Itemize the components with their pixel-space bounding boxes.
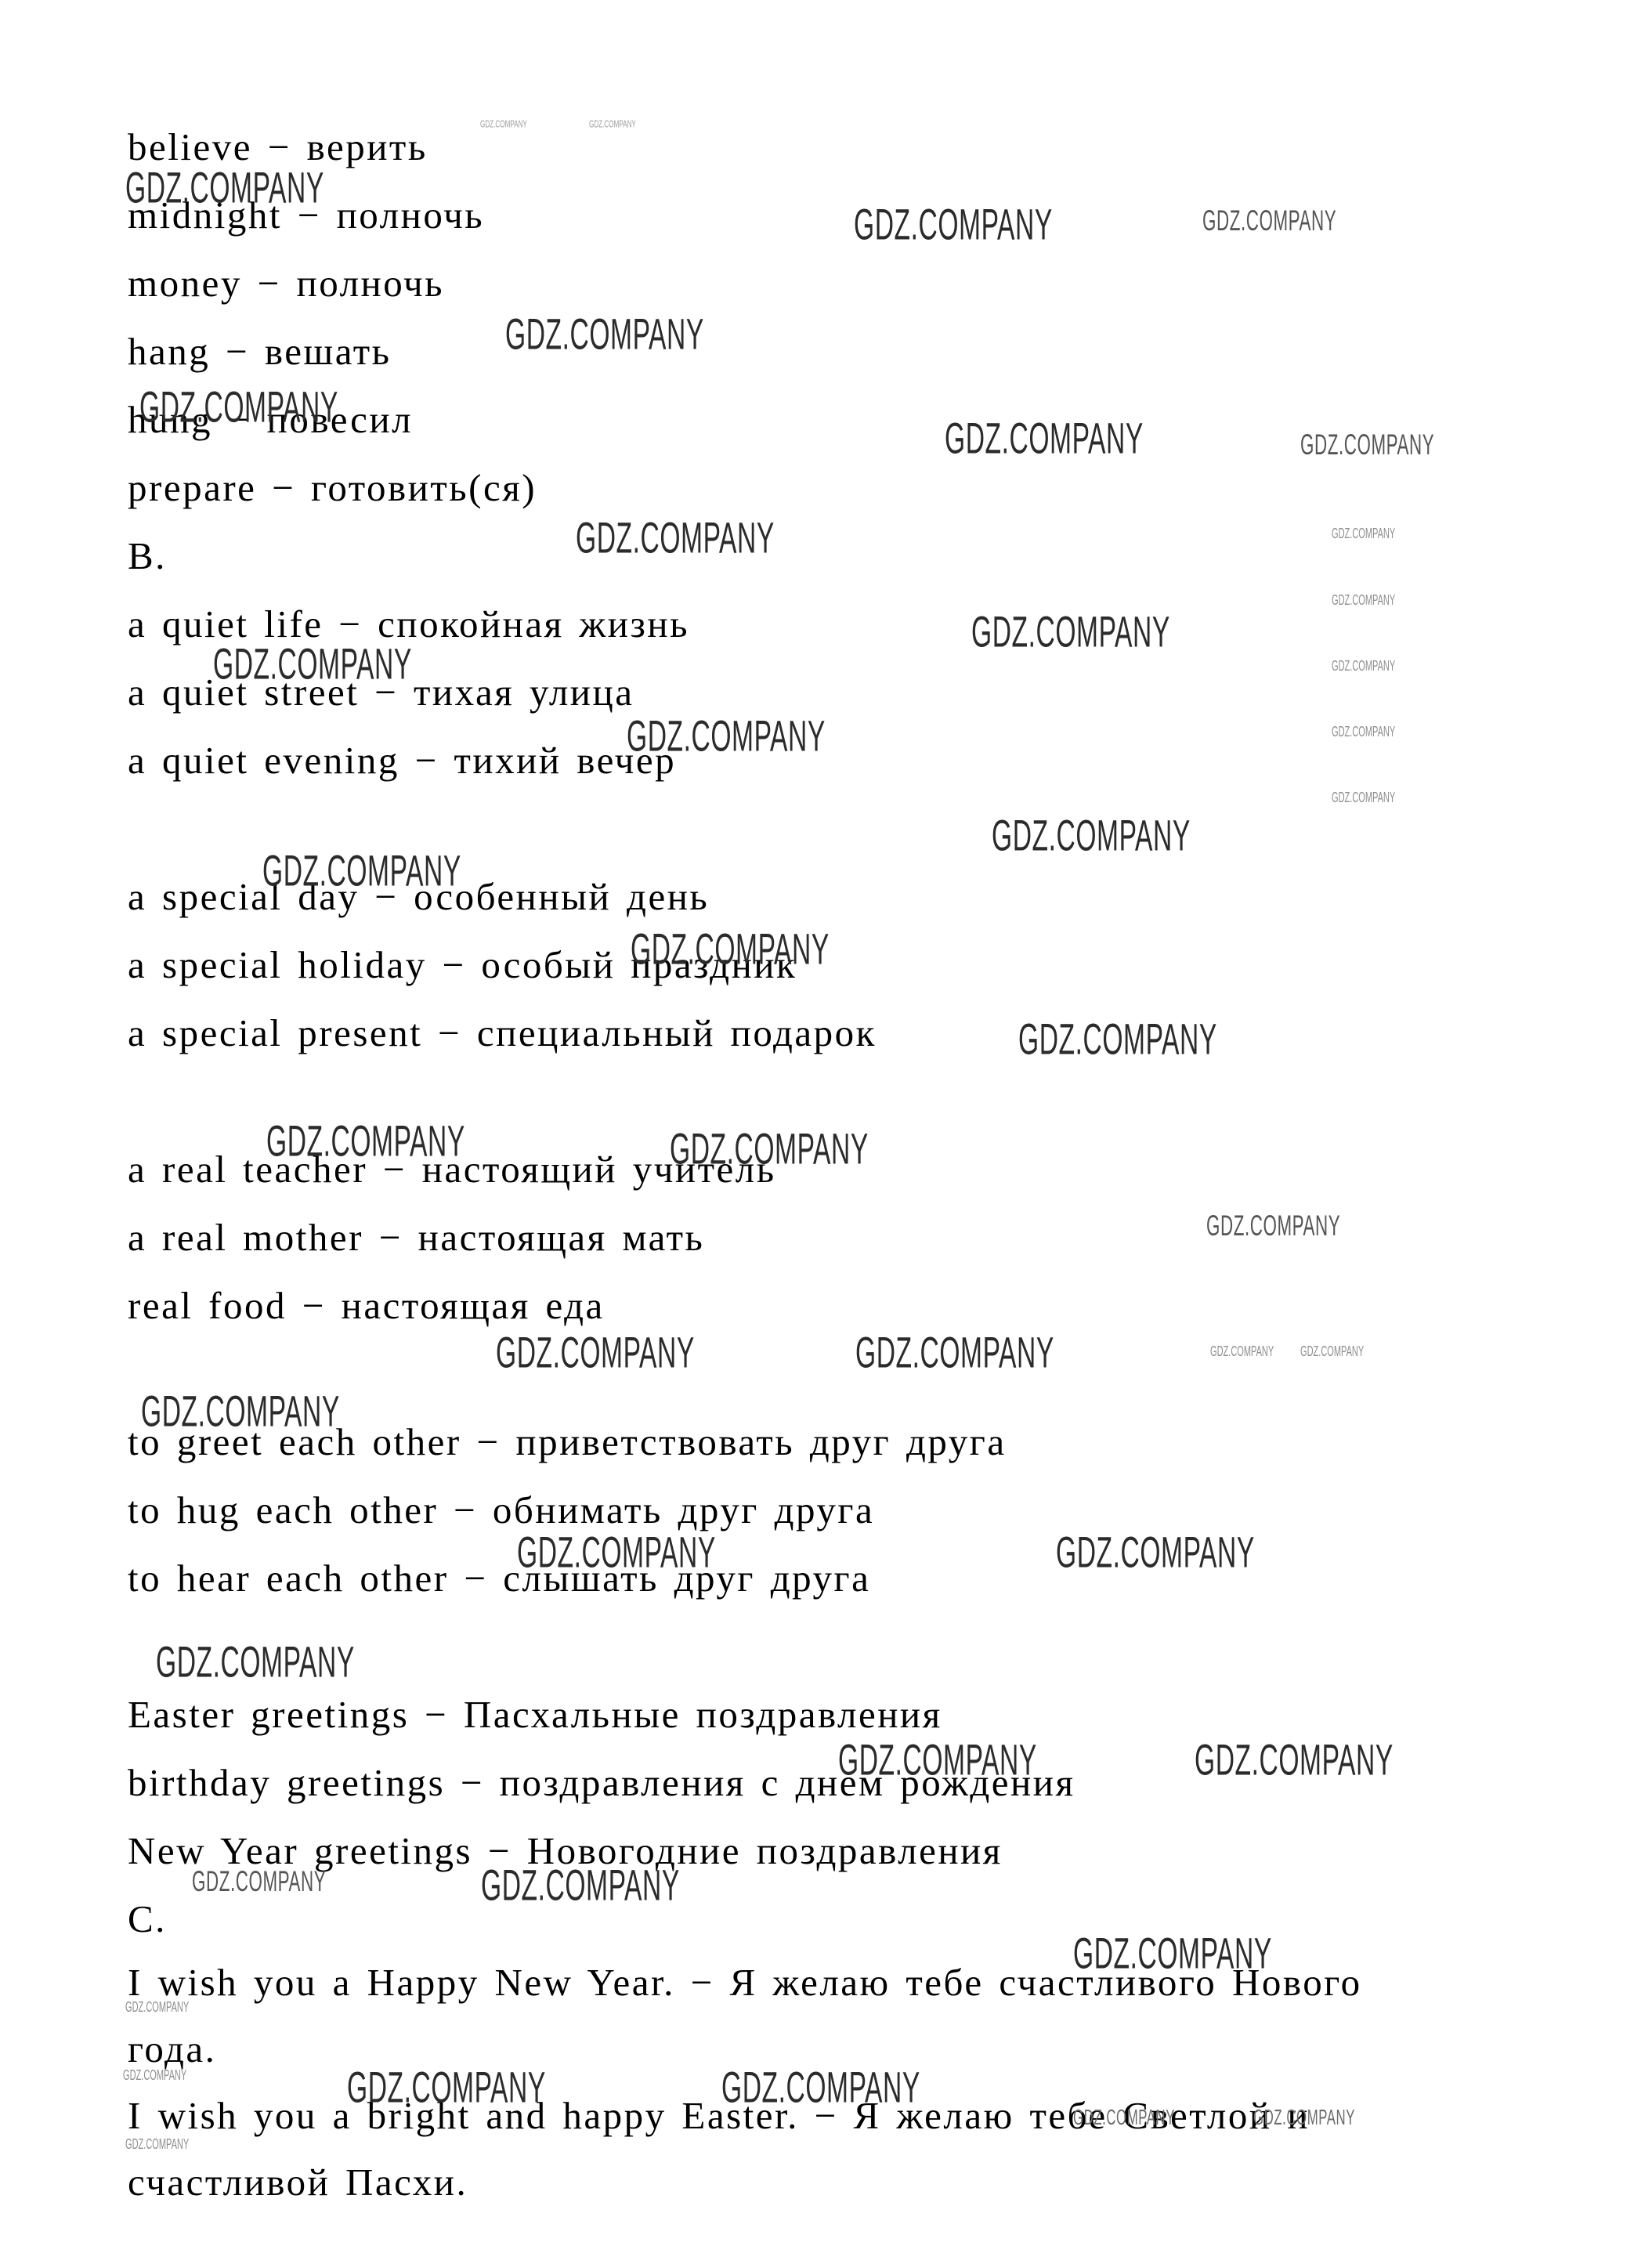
watermark-gdz: GDZ.COMPANY (125, 2137, 189, 2153)
watermark-gdz: GDZ.COMPANY (627, 711, 826, 761)
watermark-gdz: GDZ.COMPANY (192, 1866, 326, 1898)
watermark-gdz: GDZ.COMPANY (141, 1387, 340, 1436)
section-label: C. (128, 1895, 167, 1944)
watermark-gdz: GDZ.COMPANY (945, 414, 1144, 463)
watermark-gdz: GDZ.COMPANY (347, 2063, 546, 2112)
watermark-gdz: GDZ.COMPANY (156, 1637, 355, 1687)
watermark-gdz: GDZ.COMPANY (838, 1735, 1037, 1785)
watermark-gdz: GDZ.COMPANY (576, 513, 775, 562)
watermark-gdz: GDZ.COMPANY (125, 163, 324, 212)
watermark-gdz: GDZ.COMPANY (1253, 2106, 1355, 2130)
watermark-gdz: GDZ.COMPANY (855, 1328, 1054, 1377)
watermark-gdz: GDZ.COMPANY (517, 1528, 716, 1577)
watermark-gdz: GDZ.COMPANY (1332, 790, 1395, 807)
vocab-line: a quiet evening − тихий вечер (128, 736, 676, 785)
section-label: B. (128, 532, 167, 580)
watermark-gdz: GDZ.COMPANY (123, 2068, 186, 2085)
watermark-gdz: GDZ.COMPANY (266, 1116, 465, 1166)
vocab-line: to hug each other − обнимать друг друга (128, 1486, 874, 1535)
watermark-gdz: GDZ.COMPANY (854, 200, 1053, 249)
watermark-gdz: GDZ.COMPANY (1056, 1528, 1255, 1577)
watermark-gdz: GDZ.COMPANY (480, 118, 527, 129)
watermark-gdz: GDZ.COMPANY (670, 1124, 869, 1173)
watermark-gdz: GDZ.COMPANY (1073, 2106, 1175, 2130)
watermark-gdz: GDZ.COMPANY (721, 2063, 920, 2112)
vocab-line: money − полночь (128, 259, 444, 308)
vocab-line: hang − вешать (128, 327, 391, 376)
vocab-line: a real mother − настоящая мать (128, 1213, 704, 1262)
watermark-gdz: GDZ.COMPANY (1300, 429, 1434, 461)
watermark-gdz: GDZ.COMPANY (1195, 1735, 1394, 1785)
watermark-gdz: GDZ.COMPANY (589, 118, 636, 129)
document-page: believe − веритьmidnight − полночьmoney … (0, 0, 1652, 2242)
watermark-gdz: GDZ.COMPANY (496, 1328, 695, 1377)
watermark-gdz: GDZ.COMPANY (992, 811, 1191, 860)
watermark-gdz: GDZ.COMPANY (1300, 1344, 1364, 1361)
watermark-gdz: GDZ.COMPANY (1206, 1210, 1340, 1242)
vocab-line: года. (128, 2025, 216, 2074)
vocab-line: счастливой Пасхи. (128, 2158, 468, 2207)
vocab-line: prepare − готовить(ся) (128, 464, 537, 512)
watermark-gdz: GDZ.COMPANY (505, 309, 704, 359)
watermark-gdz: GDZ.COMPANY (262, 846, 461, 895)
vocab-line: Easter greetings − Пасхальные поздравлен… (128, 1691, 942, 1739)
watermark-gdz: GDZ.COMPANY (1073, 1929, 1272, 1978)
watermark-gdz: GDZ.COMPANY (139, 382, 338, 432)
watermark-gdz: GDZ.COMPANY (1202, 205, 1336, 237)
vocab-line: to hear each other − слышать друг друга (128, 1554, 870, 1603)
watermark-gdz: GDZ.COMPANY (125, 2000, 189, 2016)
vocab-line: a special present − специальный подарок (128, 1009, 877, 1058)
watermark-gdz: GDZ.COMPANY (1332, 526, 1395, 543)
watermark-gdz: GDZ.COMPANY (1332, 593, 1395, 609)
watermark-gdz: GDZ.COMPANY (1210, 1344, 1274, 1361)
watermark-gdz: GDZ.COMPANY (631, 924, 830, 974)
watermark-gdz: GDZ.COMPANY (481, 1860, 680, 1910)
watermark-gdz: GDZ.COMPANY (1018, 1014, 1217, 1064)
watermark-gdz: GDZ.COMPANY (1332, 659, 1395, 675)
vocab-line: real food − настоящая еда (128, 1282, 605, 1330)
watermark-gdz: GDZ.COMPANY (971, 607, 1170, 656)
watermark-gdz: GDZ.COMPANY (1332, 725, 1395, 741)
watermark-gdz: GDZ.COMPANY (213, 639, 412, 689)
